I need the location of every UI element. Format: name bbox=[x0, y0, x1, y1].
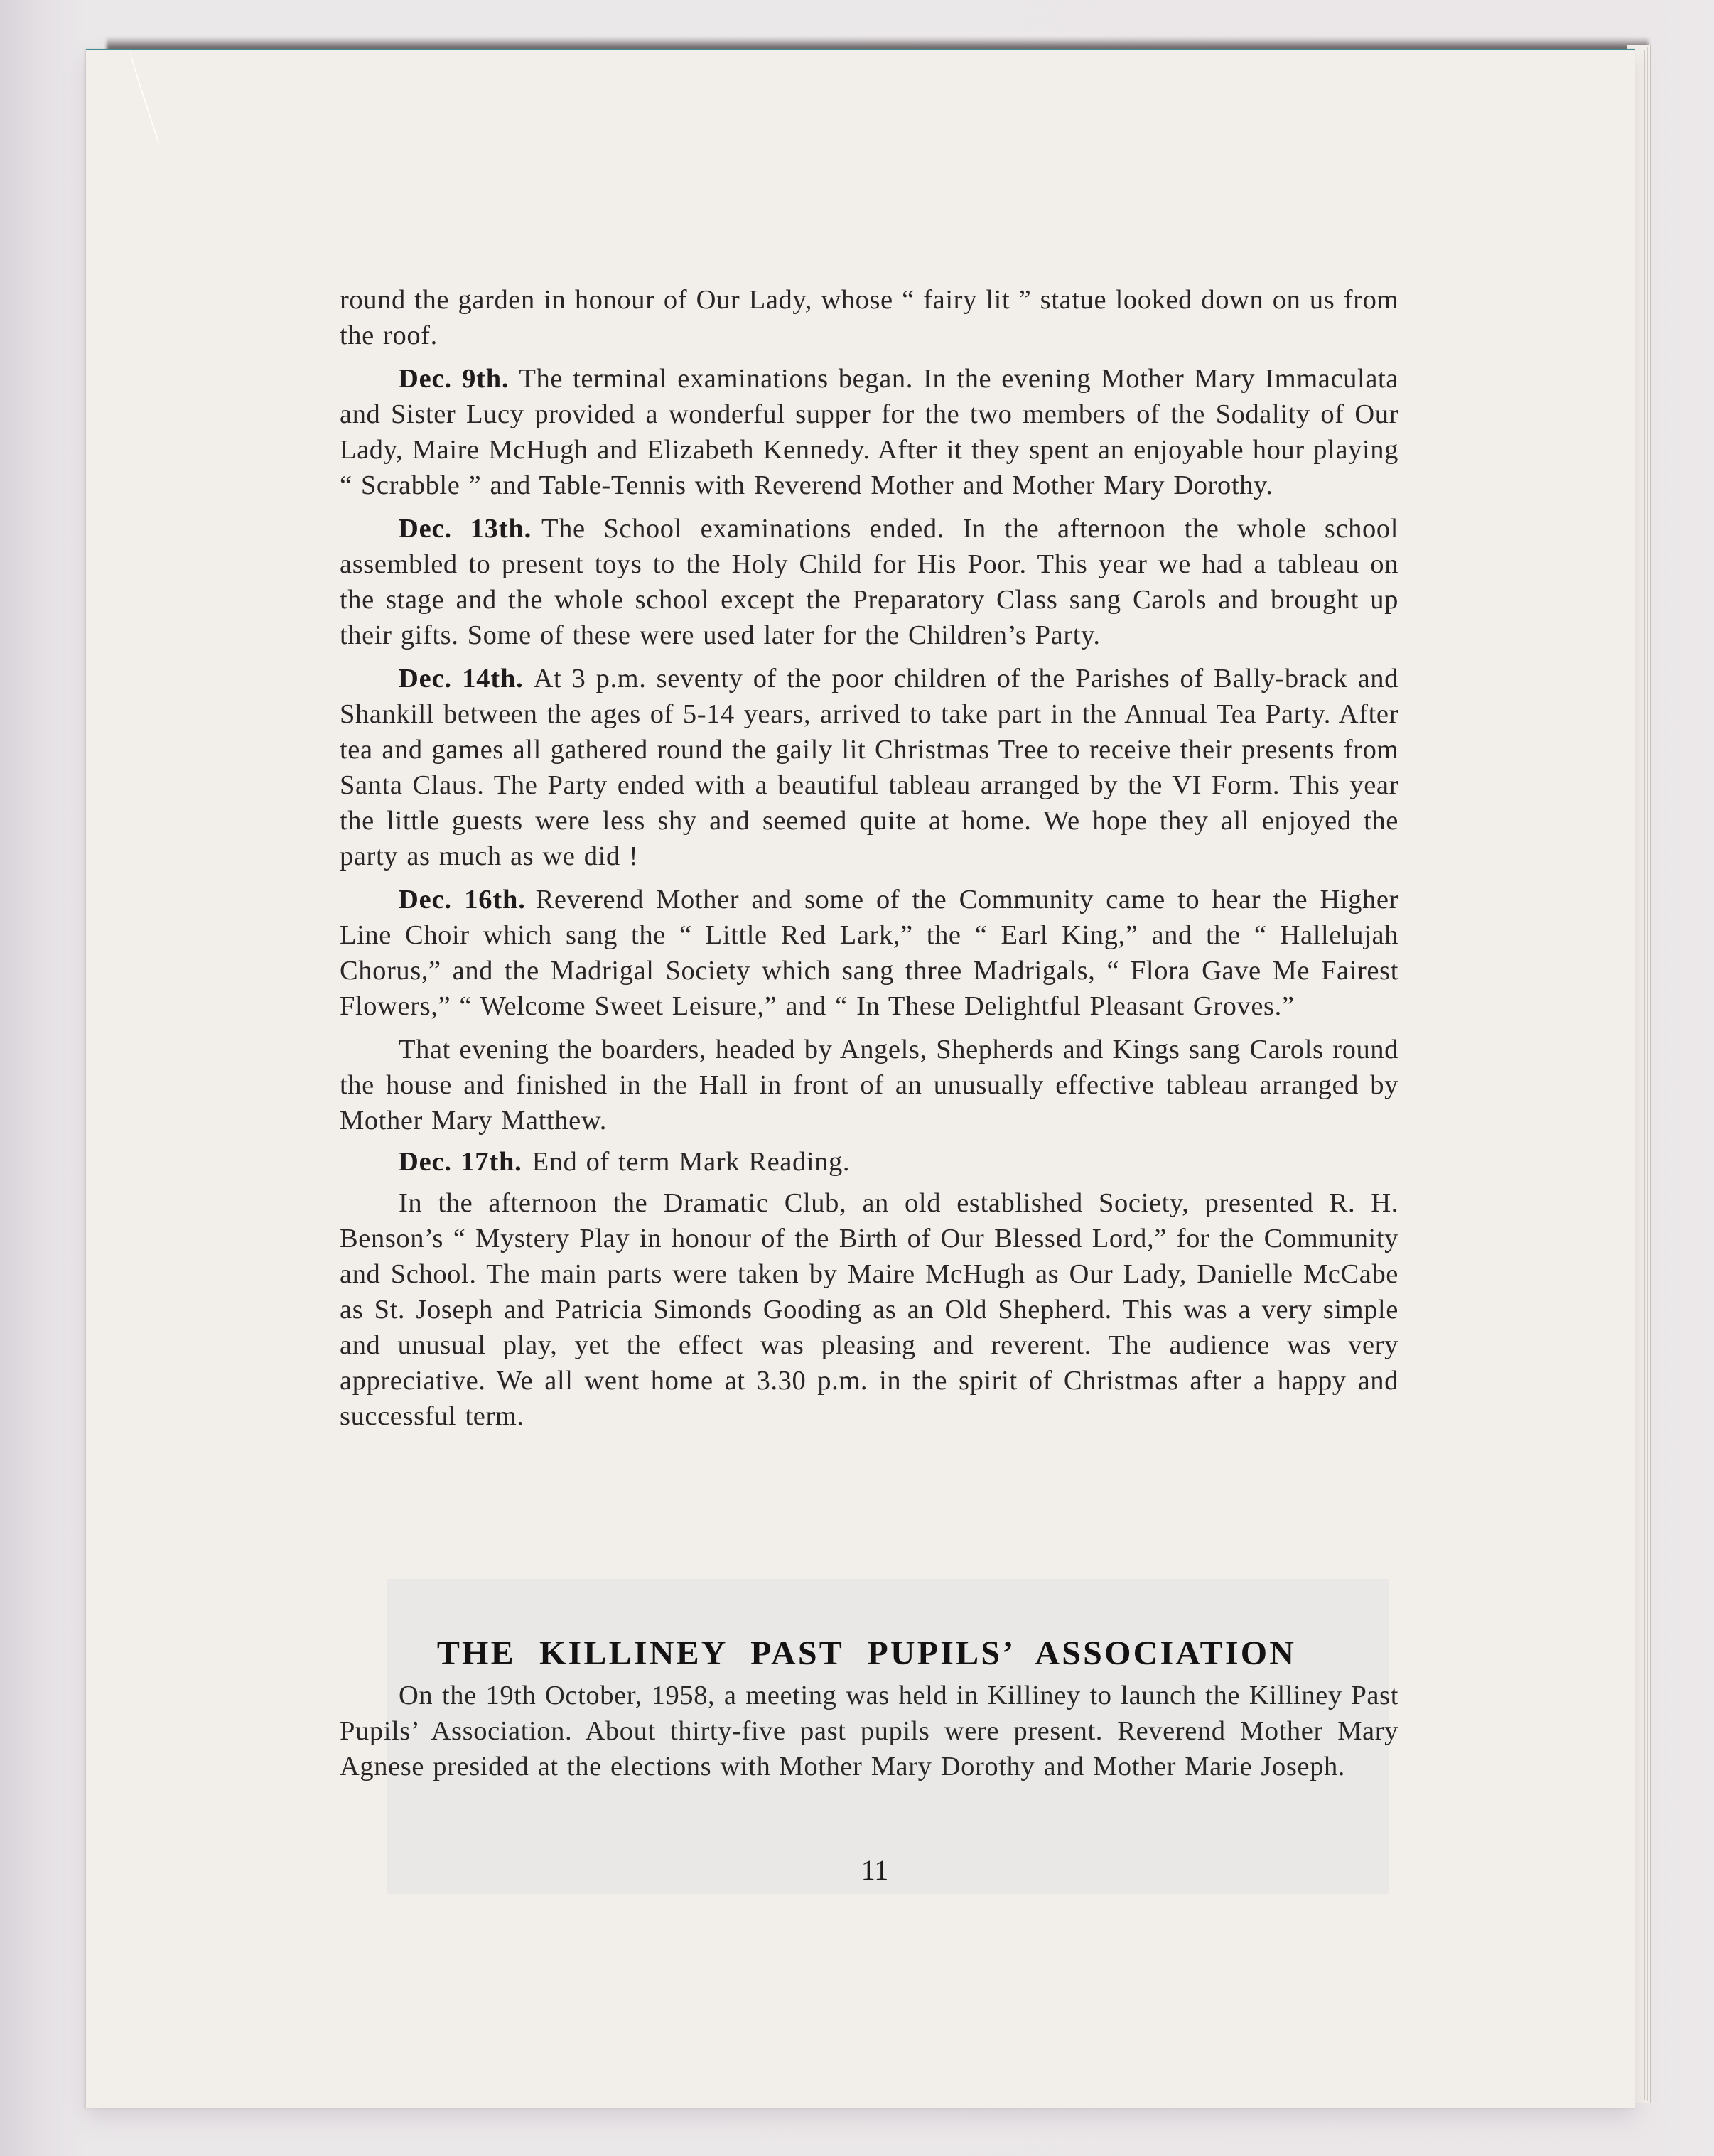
paragraph-past-pupils: On the 19th October, 1958, a meeting was… bbox=[340, 1678, 1398, 1784]
paragraph-text: In the afternoon the Dramatic Club, an o… bbox=[340, 1188, 1398, 1431]
paragraph-text: On the 19th October, 1958, a meeting was… bbox=[340, 1681, 1398, 1782]
date-label: Dec. 17th. bbox=[399, 1147, 522, 1177]
paragraph-dec-14: Dec. 14th.At 3 p.m. seventy of the poor … bbox=[340, 661, 1398, 874]
paragraph-text: At 3 p.m. seventy of the poor children o… bbox=[340, 664, 1398, 871]
paragraph-continuation: round the garden in honour of Our Lady, … bbox=[340, 282, 1398, 353]
paragraph-text: End of term Mark Reading. bbox=[532, 1147, 850, 1177]
page-stack-edge bbox=[1636, 50, 1645, 2100]
date-label: Dec. 16th. bbox=[399, 885, 526, 915]
paragraph-dec-17: Dec. 17th.End of term Mark Reading. bbox=[340, 1144, 1398, 1180]
paragraph-dec-13: Dec. 13th.The School examinations ended.… bbox=[340, 511, 1398, 653]
date-label: Dec. 9th. bbox=[399, 364, 509, 394]
paragraph-text: That evening the boarders, headed by Ang… bbox=[340, 1035, 1398, 1136]
date-label: Dec. 14th. bbox=[399, 664, 524, 694]
date-label: Dec. 13th. bbox=[399, 514, 532, 544]
booklet-page: round the garden in honour of Our Lady, … bbox=[86, 49, 1635, 2108]
paragraph-dec-16: Dec. 16th.Reverend Mother and some of th… bbox=[340, 882, 1398, 1024]
paragraph-text: round the garden in honour of Our Lady, … bbox=[340, 285, 1398, 350]
page-number: 11 bbox=[846, 1853, 903, 1888]
paragraph-dec-9: Dec. 9th.The terminal examinations began… bbox=[340, 361, 1398, 503]
paragraph-that-evening: That evening the boarders, headed by Ang… bbox=[340, 1032, 1398, 1138]
paragraph-dramatic-club: In the afternoon the Dramatic Club, an o… bbox=[340, 1185, 1398, 1434]
section-body: On the 19th October, 1958, a meeting was… bbox=[340, 1678, 1398, 1784]
section-heading: THE KILLINEY PAST PUPILS’ ASSOCIATION bbox=[424, 1634, 1309, 1673]
body-text-column: round the garden in honour of Our Lady, … bbox=[340, 282, 1398, 1434]
